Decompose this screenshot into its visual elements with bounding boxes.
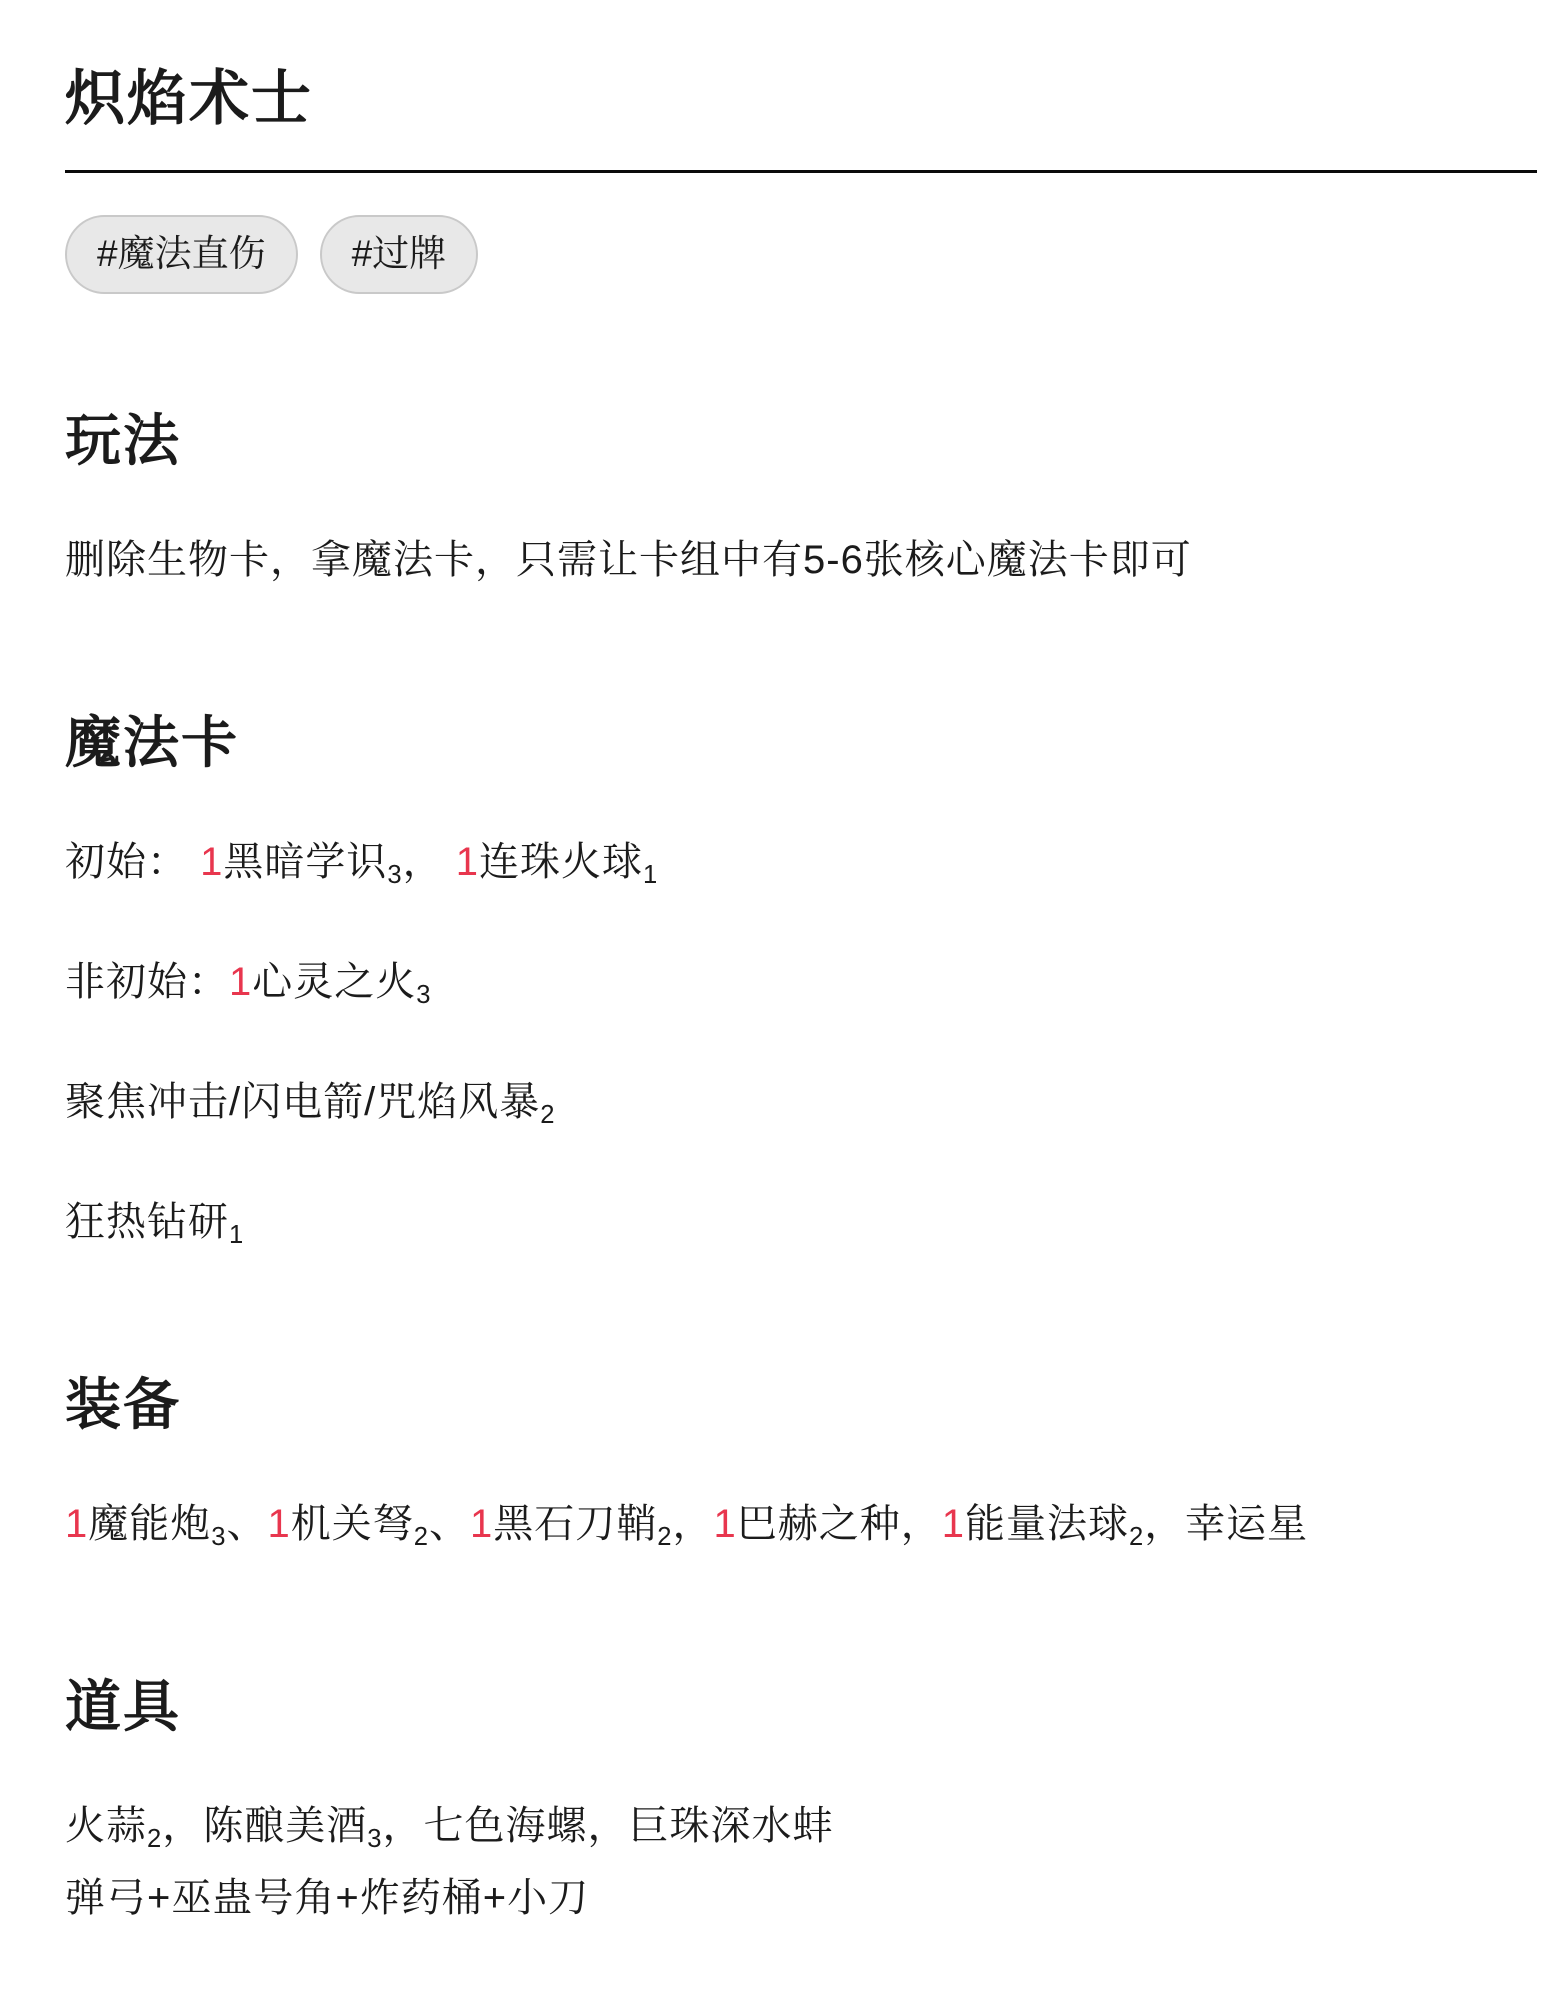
- text-segment: 魔能炮: [88, 1502, 211, 1546]
- text-segment: ，七色海螺，巨珠深水蚌: [382, 1804, 833, 1848]
- card-count: 1: [470, 1502, 493, 1546]
- items-paragraph: 火蒜2，陈酿美酒3，七色海螺，巨珠深水蚌弹弓+巫蛊号角+炸药桶+小刀: [65, 1790, 1537, 1934]
- tag-list: #魔法直伤 #过牌: [65, 215, 1537, 294]
- card-count: 1: [267, 1502, 290, 1546]
- card-level-subscript: 3: [367, 1825, 382, 1853]
- page-title: 炽焰术士: [65, 60, 1537, 138]
- text-segment: 、: [429, 1502, 470, 1546]
- text-segment: 能量法球: [965, 1502, 1129, 1546]
- card-level-subscript: 3: [387, 861, 402, 889]
- card-count: 1: [65, 1502, 88, 1546]
- section-heading-equipment: 装备: [65, 1370, 1537, 1440]
- section-heading-magic-cards: 魔法卡: [65, 708, 1537, 778]
- text-segment: 初始：: [65, 840, 200, 884]
- magic-cards-non-initial-line: 非初始：1心灵之火3: [65, 946, 1537, 1018]
- text-segment: ，陈酿美酒: [162, 1804, 367, 1848]
- equipment-paragraph: 1魔能炮3、1机关弩2、1黑石刀鞘2，1巴赫之种，1能量法球2，幸运星: [65, 1488, 1537, 1560]
- text-segment: ，: [403, 840, 456, 884]
- card-level-subscript: 2: [1129, 1523, 1144, 1551]
- card-level-subscript: 2: [657, 1523, 672, 1551]
- section-heading-playstyle: 玩法: [65, 406, 1537, 476]
- card-level-subscript: 2: [540, 1101, 555, 1129]
- text-segment: 狂热钻研: [65, 1200, 229, 1244]
- text-segment: 黑石刀鞘: [493, 1502, 657, 1546]
- text-segment: 删除生物卡，拿魔法卡，只需让卡组中有5-6张核心魔法卡即可: [65, 538, 1192, 582]
- card-count: 1: [942, 1502, 965, 1546]
- text-segment: 心灵之火: [252, 960, 416, 1004]
- text-segment: 连珠火球: [479, 840, 643, 884]
- section-playstyle: 玩法 删除生物卡，拿魔法卡，只需让卡组中有5-6张核心魔法卡即可: [65, 406, 1537, 596]
- text-segment: ，幸运星: [1144, 1502, 1308, 1546]
- card-level-subscript: 1: [643, 861, 658, 889]
- text-segment: 、: [226, 1502, 267, 1546]
- section-heading-items: 道具: [65, 1672, 1537, 1742]
- text-segment: 非初始：: [65, 960, 229, 1004]
- section-items: 道具 火蒜2，陈酿美酒3，七色海螺，巨珠深水蚌弹弓+巫蛊号角+炸药桶+小刀: [65, 1672, 1537, 1934]
- playstyle-paragraph: 删除生物卡，拿魔法卡，只需让卡组中有5-6张核心魔法卡即可: [65, 524, 1537, 596]
- section-equipment: 装备 1魔能炮3、1机关弩2、1黑石刀鞘2，1巴赫之种，1能量法球2，幸运星: [65, 1370, 1537, 1560]
- text-segment: 巴赫之种，: [737, 1502, 942, 1546]
- magic-cards-focus-line: 聚焦冲击/闪电箭/咒焰风暴2: [65, 1066, 1537, 1138]
- text-segment: 聚焦冲击/闪电箭/咒焰风暴: [65, 1080, 540, 1124]
- note-page: 炽焰术士 #魔法直伤 #过牌 玩法 删除生物卡，拿魔法卡，只需让卡组中有5-6张…: [65, 60, 1537, 1934]
- text-segment: 火蒜: [65, 1804, 147, 1848]
- text-segment: 弹弓+巫蛊号角+炸药桶+小刀: [65, 1876, 589, 1920]
- title-divider: [65, 170, 1537, 173]
- tag-pill-card-draw[interactable]: #过牌: [320, 215, 479, 294]
- tag-pill-magic-direct-damage[interactable]: #魔法直伤: [65, 215, 298, 294]
- section-magic-cards: 魔法卡 初始： 1黑暗学识3， 1连珠火球1 非初始：1心灵之火3 聚焦冲击/闪…: [65, 708, 1537, 1258]
- magic-cards-initial-line: 初始： 1黑暗学识3， 1连珠火球1: [65, 826, 1537, 898]
- card-level-subscript: 3: [416, 981, 431, 1009]
- card-count: 1: [200, 840, 223, 884]
- card-count: 1: [456, 840, 479, 884]
- text-segment: 黑暗学识: [223, 840, 387, 884]
- magic-cards-fervor-line: 狂热钻研1: [65, 1186, 1537, 1258]
- card-count: 1: [229, 960, 252, 1004]
- card-level-subscript: 3: [211, 1523, 226, 1551]
- text-segment: ，: [672, 1502, 713, 1546]
- card-level-subscript: 2: [147, 1825, 162, 1853]
- card-level-subscript: 2: [414, 1523, 429, 1551]
- card-level-subscript: 1: [229, 1221, 244, 1249]
- card-count: 1: [713, 1502, 736, 1546]
- text-segment: 机关弩: [291, 1502, 414, 1546]
